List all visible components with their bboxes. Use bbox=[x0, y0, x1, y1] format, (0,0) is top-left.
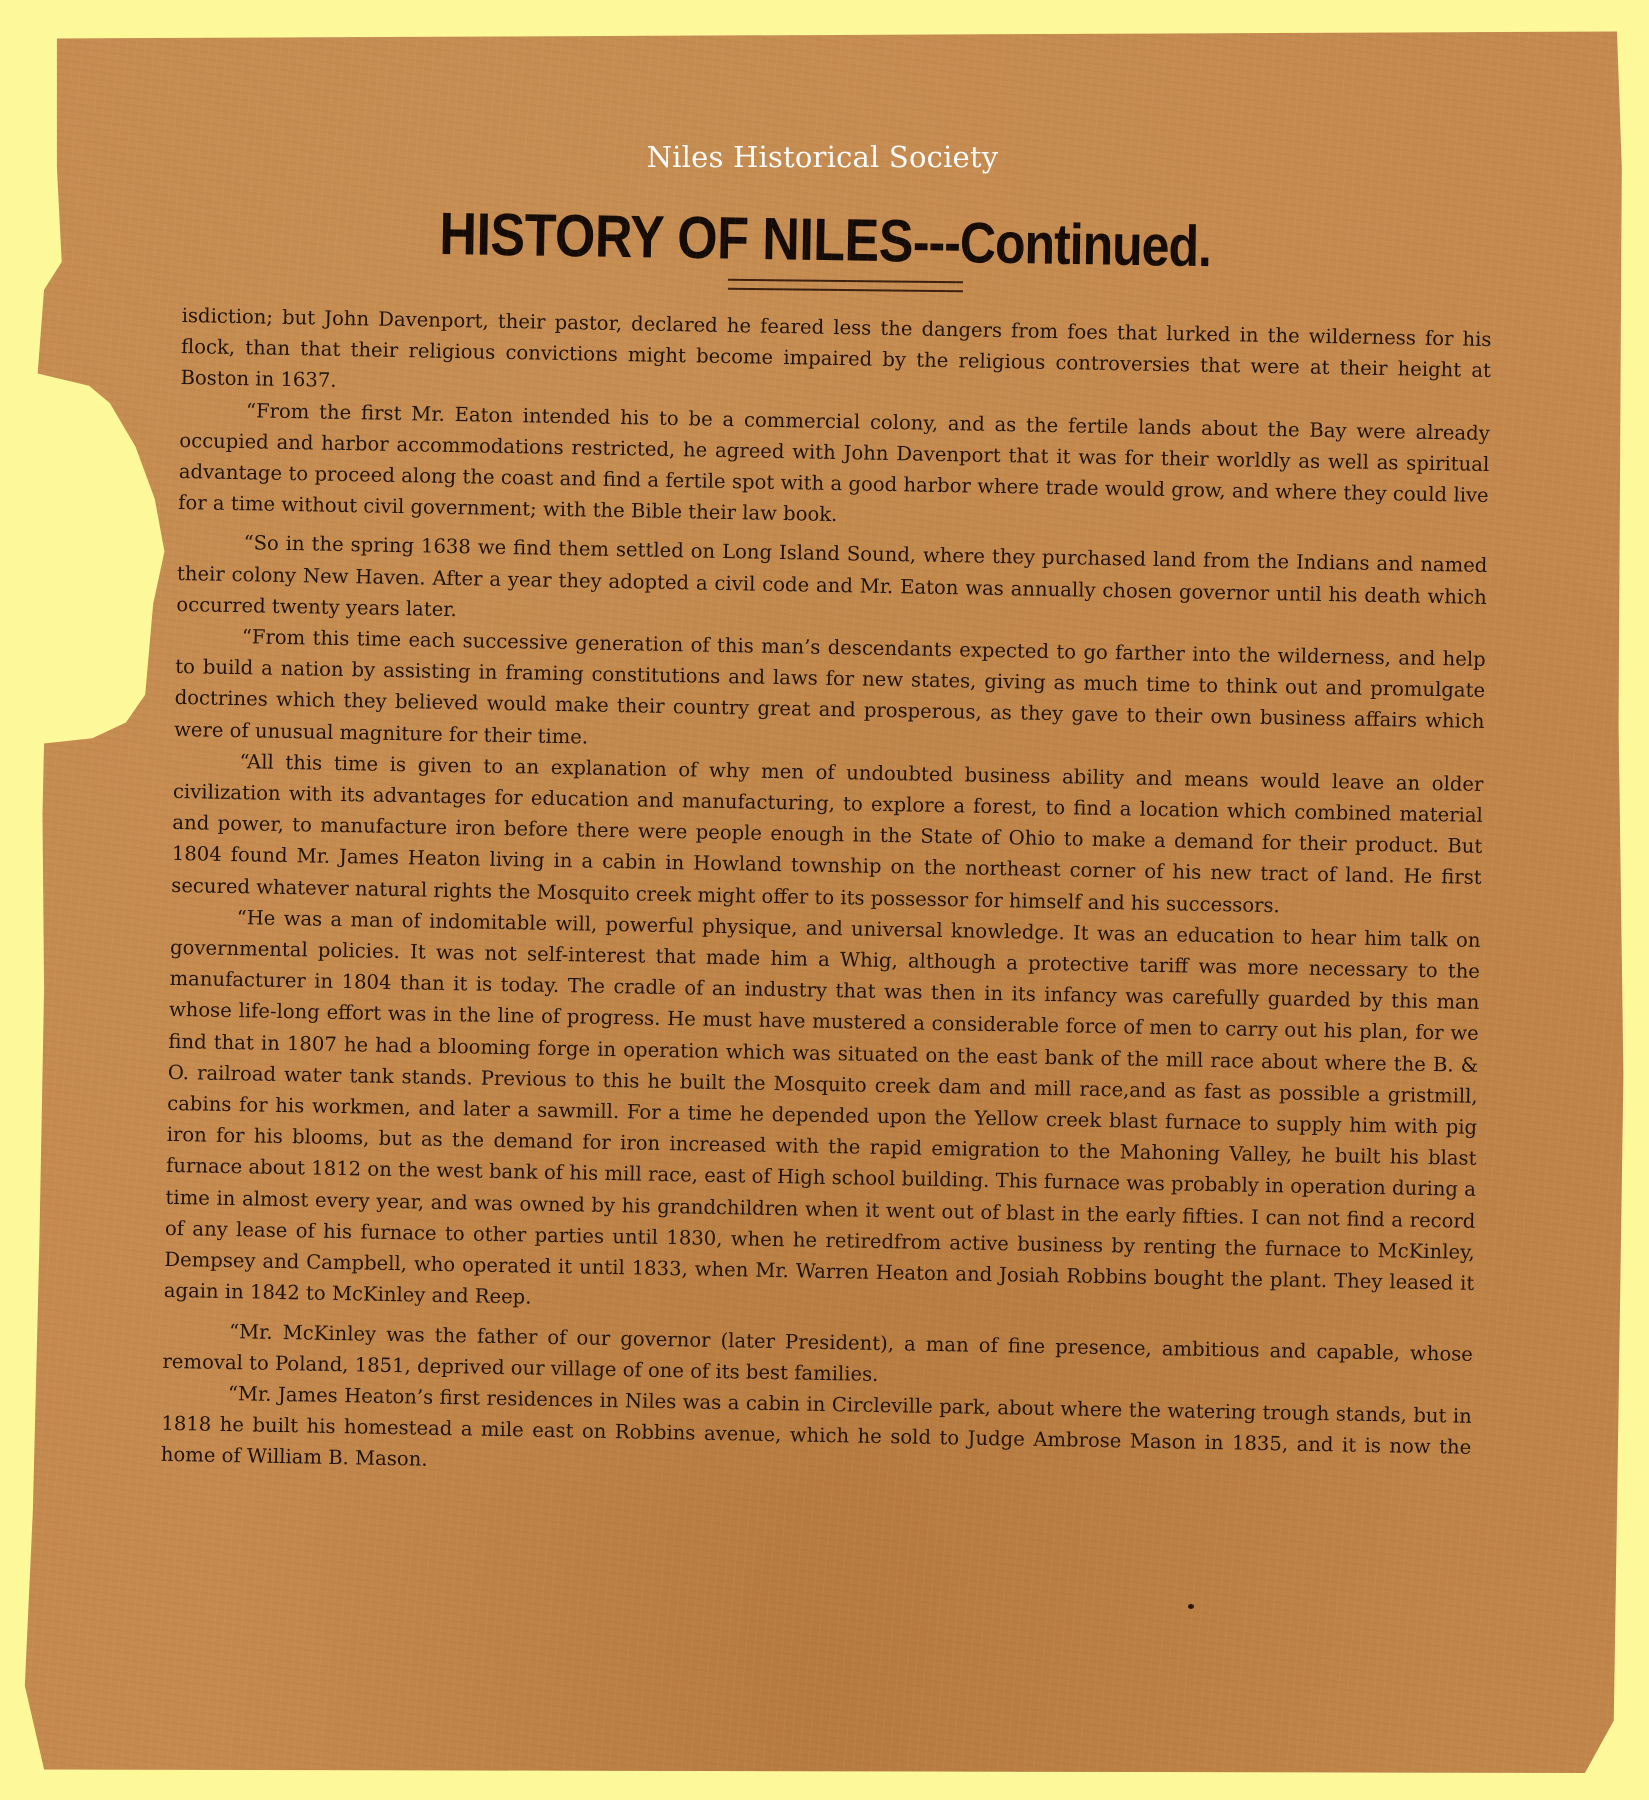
paragraph-6: “He was a man of indomitable will, power… bbox=[164, 901, 1481, 1331]
title-divider bbox=[728, 279, 963, 292]
title-continued: ---Continued. bbox=[912, 210, 1211, 279]
paragraph-5: “All this time is given to an explanatio… bbox=[171, 745, 1484, 925]
page-title: HISTORY OF NILES---Continued. bbox=[439, 200, 1212, 281]
ink-speck bbox=[1188, 1604, 1194, 1609]
article-body: isdiction; but John Davenport, their pas… bbox=[161, 300, 1492, 1494]
title-main: HISTORY OF NILES bbox=[439, 201, 914, 275]
society-label: Niles Historical Society bbox=[20, 140, 1625, 174]
document-paper: Niles Historical Society HISTORY OF NILE… bbox=[20, 28, 1625, 1773]
paragraph-2: “From the first Mr. Eaton intended his t… bbox=[178, 394, 1490, 543]
paragraph-4: “From this time each successive generati… bbox=[174, 620, 1486, 769]
